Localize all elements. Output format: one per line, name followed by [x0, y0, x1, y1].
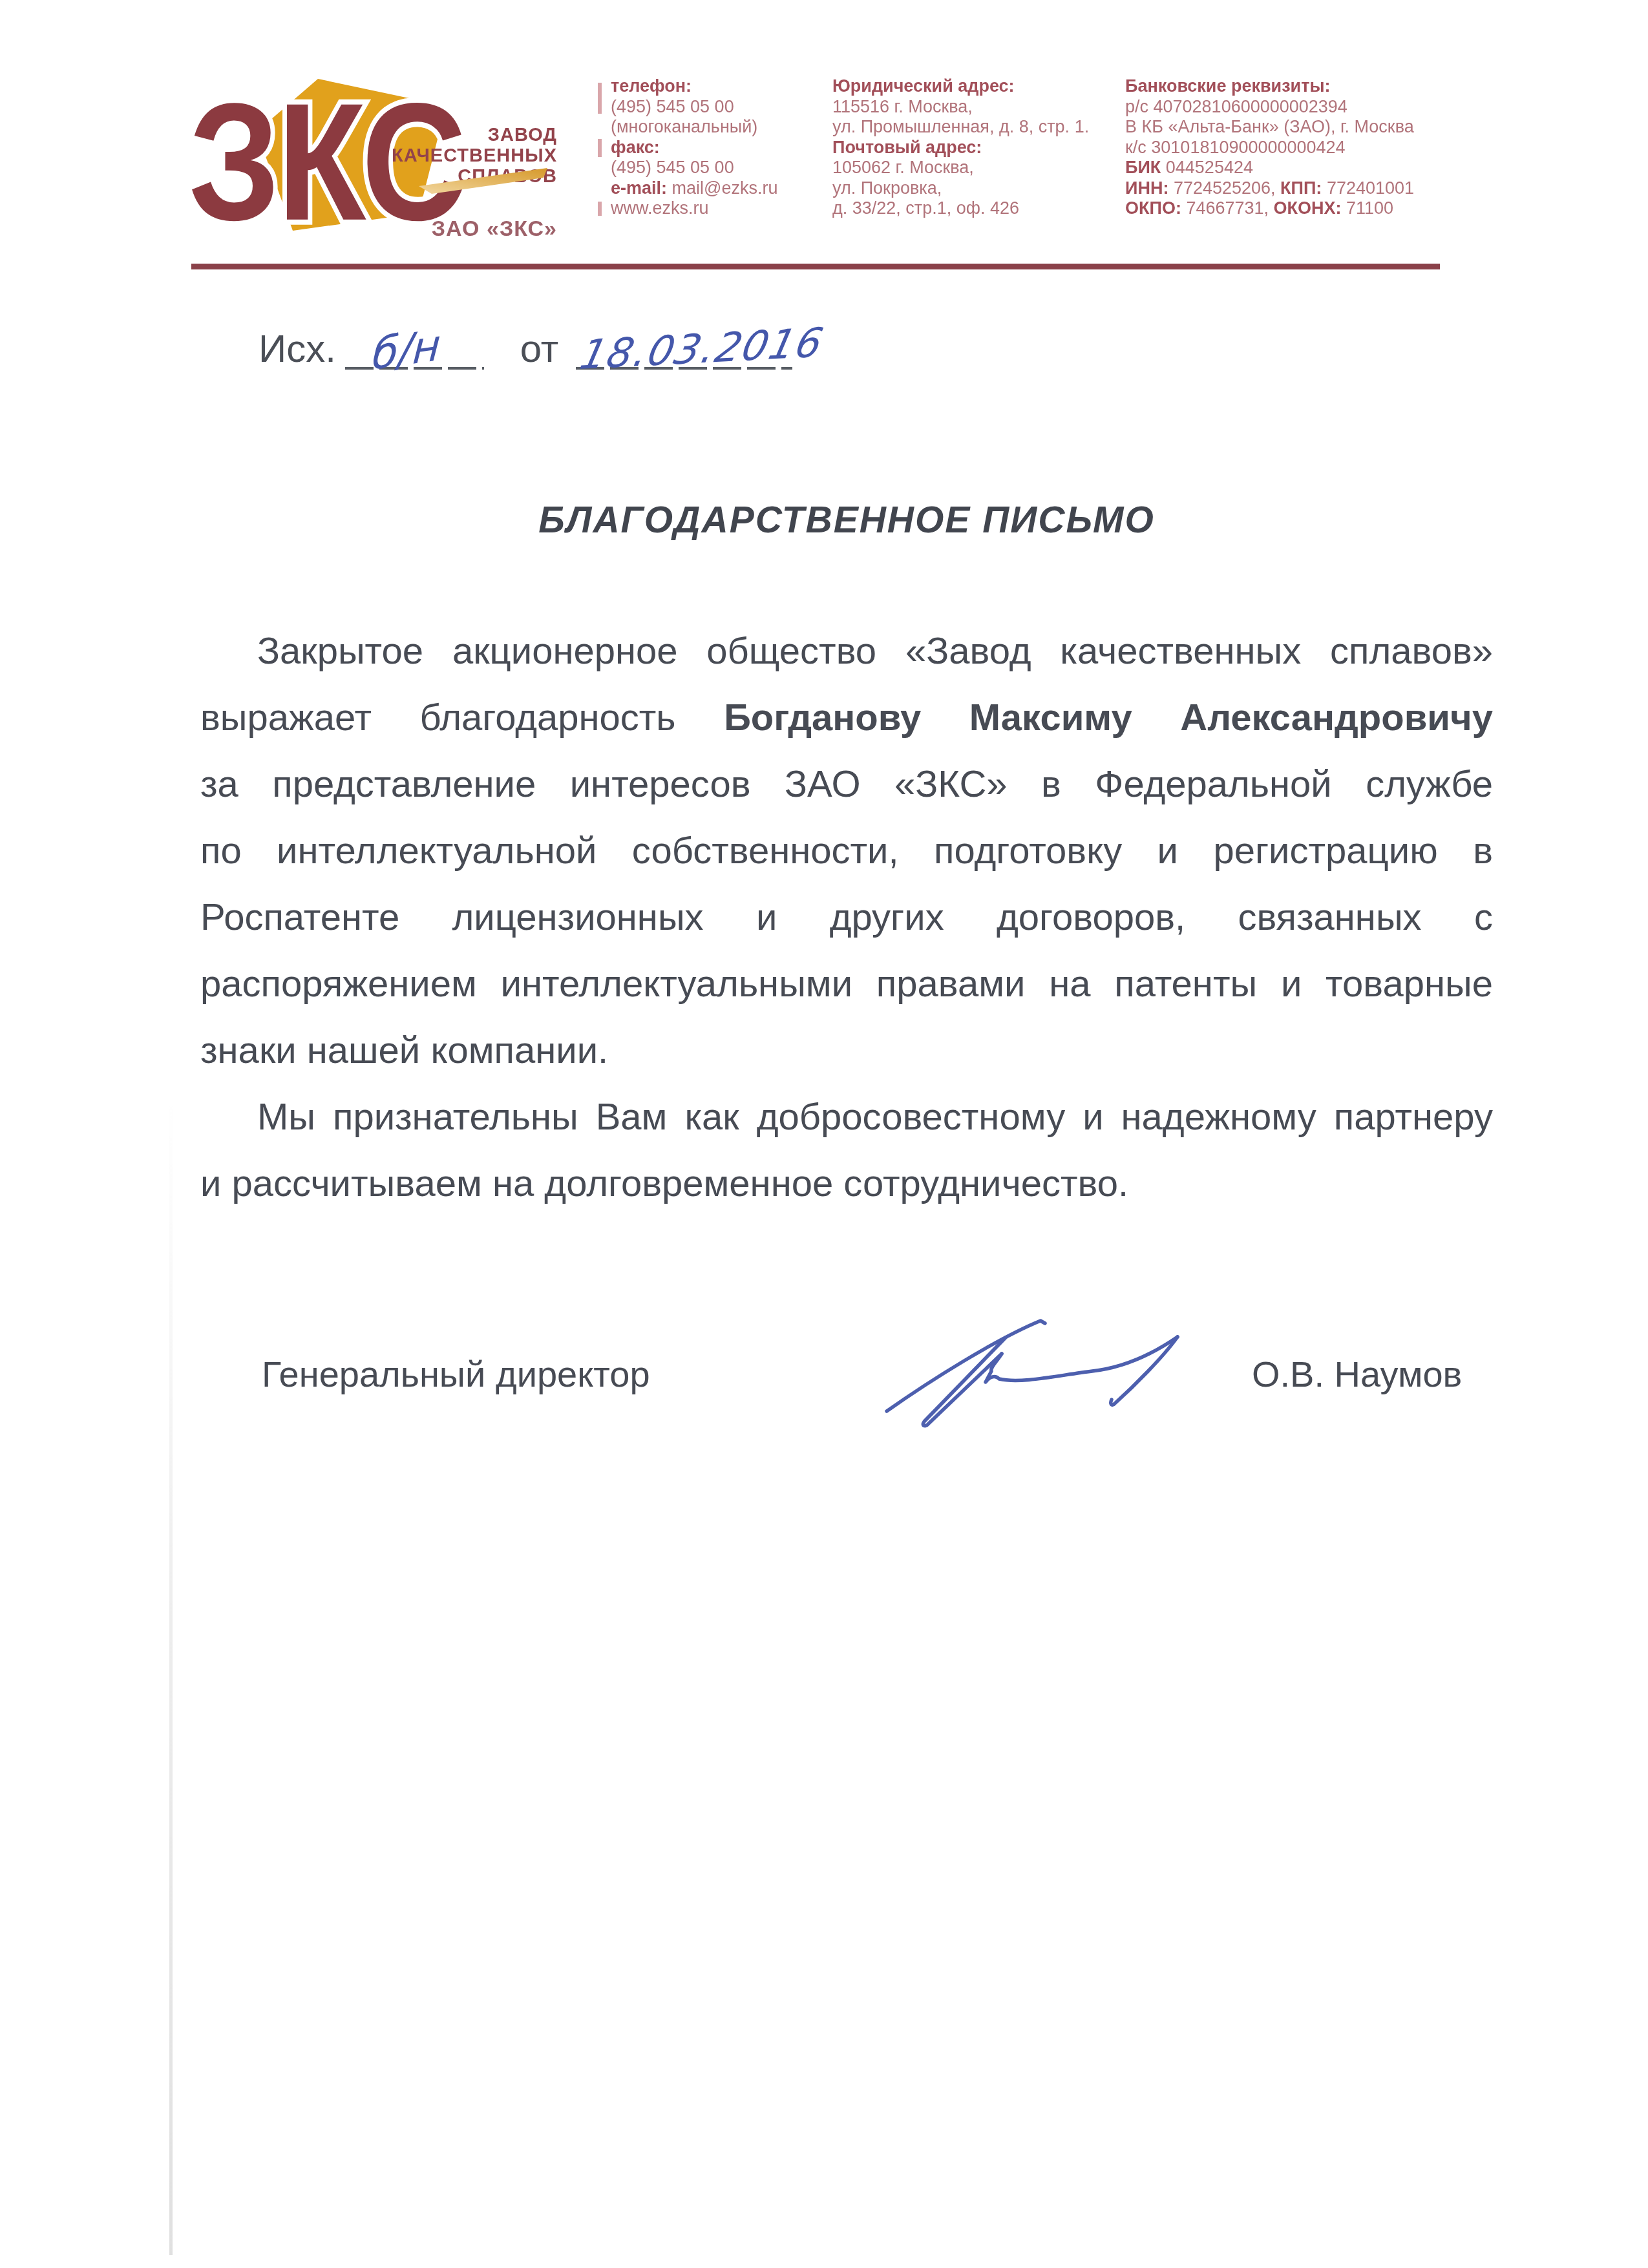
ref-number-handwritten: б/н: [371, 320, 443, 380]
company-logo: ЗКС ЗАВОД КАЧЕСТВЕННЫХ СПЛАВОВ ЗАО «ЗКС»: [174, 72, 562, 244]
scanned-letter-page: ЗКС ЗАВОД КАЧЕСТВЕННЫХ СПЛАВОВ ЗАО «ЗКС»…: [0, 0, 1648, 2268]
letterhead-line: Банковские реквизиты:: [1125, 76, 1414, 97]
letterhead-line: e-mail: mail@ezks.ru: [611, 178, 777, 199]
letterhead-column-bank-details: Банковские реквизиты:р/с 407028106000000…: [1125, 76, 1414, 219]
letterhead-line: ул. Покровка,: [832, 178, 1089, 199]
body-line: распоряжениеминтеллектуальнымиправаминап…: [200, 950, 1493, 1017]
body-line: МыпризнательныВамкакдобросовестномуинаде…: [200, 1084, 1493, 1150]
ref-date-handwritten: 18.03.2016: [576, 319, 829, 379]
scan-edge-shadow: [169, 1092, 173, 2255]
logo-caption: ЗАО «ЗКС»: [432, 216, 557, 241]
letterhead-line: (многоканальный): [611, 117, 777, 138]
letter-title: БЛАГОДАРСТВЕННОЕ ПИСЬМО: [200, 499, 1493, 541]
signature-position-label: Генеральный директор: [262, 1353, 650, 1395]
body-line: знаки нашей компании.: [200, 1017, 1493, 1084]
body-line: Роспатентелицензионныхидругихдоговоров,с…: [200, 884, 1493, 950]
body-line: поинтеллектуальнойсобственности,подготов…: [200, 817, 1493, 884]
body-line: запредставлениеинтересовЗАО«ЗКС»вФедерал…: [200, 751, 1493, 817]
letterhead-line: к/с 30101810900000000424: [1125, 138, 1414, 158]
letterhead-line: ИНН: 7724525206, КПП: 772401001: [1125, 178, 1414, 199]
letterhead-line: Юридический адрес:: [832, 76, 1089, 97]
letterhead-line: 105062 г. Москва,: [832, 158, 1089, 178]
letterhead-column-phone: телефон:(495) 545 05 00(многоканальный)ф…: [611, 76, 777, 219]
body-line: и рассчитываем на долговременное сотрудн…: [200, 1150, 1493, 1217]
header-divider: [191, 264, 1440, 269]
letterhead-column-addresses: Юридический адрес:115516 г. Москва,ул. П…: [832, 76, 1089, 219]
body-line: Закрытоеакционерноеобщество«Заводкачеств…: [200, 618, 1493, 684]
letterhead-line: телефон:: [611, 76, 777, 97]
ref-number-blank: б/н: [345, 322, 484, 376]
signature-name: О.В. Наумов: [1252, 1353, 1462, 1395]
ref-date-blank: 18.03.2016: [576, 322, 792, 376]
logo-company-line1: ЗАВОД: [488, 125, 557, 145]
letterhead-line: Почтовый адрес:: [832, 138, 1089, 158]
body-line: выражаетблагодарностьБогдановуМаксимуАле…: [200, 684, 1493, 751]
reference-line: Исх. б/н от 18.03.2016: [259, 322, 792, 376]
signature-autograph: [879, 1299, 1202, 1473]
scan-artifact: [598, 202, 602, 216]
letterhead-line: факс:: [611, 138, 777, 158]
letterhead-line: (495) 545 05 00: [611, 97, 777, 118]
letterhead-line: www.ezks.ru: [611, 198, 777, 219]
scan-artifact: [598, 83, 602, 114]
letterhead-line: ул. Промышленная, д. 8, стр. 1.: [832, 117, 1089, 138]
scan-artifact: [598, 139, 602, 157]
letter-body: Закрытоеакционерноеобщество«Заводкачеств…: [200, 618, 1493, 1217]
letterhead-line: (495) 545 05 00: [611, 158, 777, 178]
letterhead-line: д. 33/22, стр.1, оф. 426: [832, 198, 1089, 219]
letterhead-line: В КБ «Альта-Банк» (ЗАО), г. Москва: [1125, 117, 1414, 138]
letterhead-line: р/с 40702810600000002394: [1125, 97, 1414, 118]
ref-preposition: от: [520, 322, 559, 376]
ref-label: Исх.: [259, 322, 336, 376]
letterhead-line: ОКПО: 74667731, ОКОНХ: 71100: [1125, 198, 1414, 219]
logo-company-line2: КАЧЕСТВЕННЫХ: [392, 145, 557, 166]
letterhead-line: 115516 г. Москва,: [832, 97, 1089, 118]
letterhead-line: БИК 044525424: [1125, 158, 1414, 178]
